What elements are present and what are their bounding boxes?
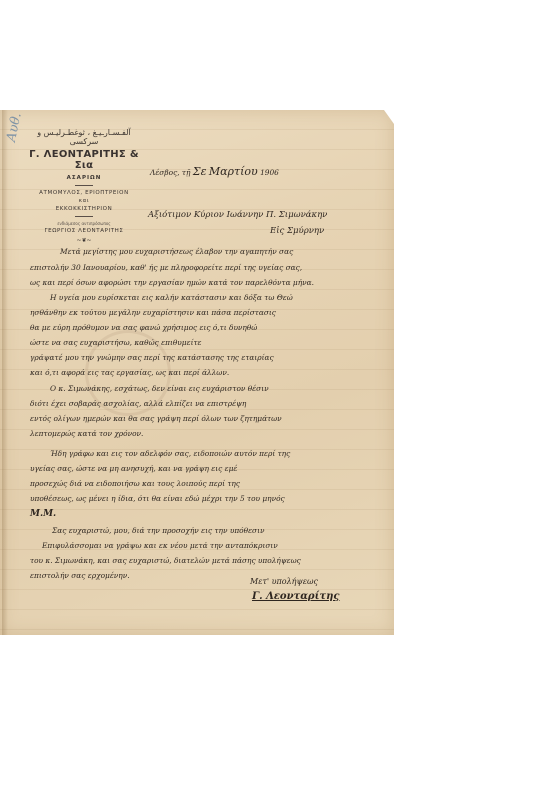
letter-body-line: Σας ευχαριστώ, μου, διά την προσοχήν εις…	[52, 526, 264, 535]
paper-edge-stain	[2, 110, 8, 635]
dateline-month: Μαρτίου	[209, 165, 258, 178]
letter-body-line: Επιφυλάσσομαι να γράψω και εκ νέου μετά …	[42, 541, 278, 550]
dateline-day: Σε	[193, 165, 207, 178]
letter-paper: Αυθ. 1 Αγ 1906 آلفـسـارـیـغ ، ثوغطـرلیـس…	[0, 110, 394, 635]
letter-body-line: ως και περί όσων αφορώσι την εργασίαν ημ…	[30, 278, 314, 287]
letter-body-line: Η υγεία μου ευρίσκεται εις καλήν κατάστα…	[50, 293, 293, 302]
letterhead: آلفـسـارـیـغ ، ثوغطـرلیـس و سرکسی Γ. ΛΕΟ…	[24, 128, 144, 244]
dateline-year: 1906	[260, 168, 279, 177]
letter-body-line: επιστολήν σας ερχομένην.	[30, 571, 130, 580]
letter-body-line: λεπτομερώς κατά τον χρόνον.	[30, 429, 143, 438]
letterhead-caption: ενδιάμεσος αντιπρόσωπος	[24, 221, 144, 226]
letter-body-line: επιστολήν 30 Ιανουαρίου, καθ' ής με πληρ…	[30, 263, 302, 272]
letter-body-line: διότι έχει σοβαράς ασχολίας, αλλά ελπίζε…	[30, 399, 246, 408]
letter-body-line: Ο κ. Σιμωνάκης, εσχάτως, δεν είναι εις ε…	[50, 384, 269, 393]
dateline: Λέσβος, τῇ Σε Μαρτίου 1906	[150, 165, 279, 178]
letterhead-line2: και	[24, 198, 144, 204]
salutation-recipient: Αξιότιμον Κύριον Ιωάννην Π. Σιμωνάκην	[148, 210, 327, 220]
letterhead-firm-name: Γ. ΛΕΟΝΤΑΡΙΤΗΣ & Σια	[24, 149, 144, 171]
letter-body-line: του κ. Σιμωνάκη, και σας ευχαριστώ, διατ…	[30, 556, 301, 565]
letterhead-owner: ΓΕΩΡΓΙΟΣ ΛΕΟΝΤΑΡΙΤΗΣ	[24, 228, 144, 234]
letterhead-divider	[75, 216, 93, 217]
letter-body-line: ησθάνθην εκ τούτου μεγάλην ευχαρίστησιν …	[30, 308, 276, 317]
folded-corner	[384, 110, 394, 124]
closing: Μετ' υπολήψεως	[250, 577, 318, 586]
letter-body-line: υποθέσεως, ως μένει η ίδια, ότι θα είναι…	[30, 494, 285, 503]
letter-body-line: θα με εύρη πρόθυμον να σας φανώ χρήσιμος…	[30, 323, 257, 332]
letterhead-divider	[75, 185, 93, 186]
letter-body-line: και ό,τι αφορά εις τας εργασίας, ως και …	[30, 368, 229, 377]
letter-body-line: γράψατέ μου την γνώμην σας περί της κατά…	[30, 353, 274, 362]
letter-body-line: Μ.Μ.	[30, 509, 56, 519]
letter-body-line: Μετά μεγίστης μου ευχαριστήσεως έλαβον τ…	[60, 247, 293, 256]
letterhead-line3: ΕΚΚΟΚΚΙΣΤΗΡΙΟΝ	[24, 206, 144, 212]
letterhead-ornament: ~❦~	[24, 237, 144, 244]
letter-body-line: Ήδη γράφω και εις τον αδελφόν σας, ειδοπ…	[50, 449, 290, 458]
letter-body-line: εντός ολίγων ημερών και θα σας γράψη περ…	[30, 414, 282, 423]
letterhead-subtitle: ΑΣΑΡΙΩΝ	[24, 175, 144, 181]
salutation-place: Εἰς Σμύρνην	[270, 226, 324, 236]
signature: Γ. Λεονταρίτης	[252, 591, 340, 602]
letter-body-line: ώστε να σας ευχαριστήσω, καθώς επιθυμείτ…	[30, 338, 202, 347]
letterhead-arabic-line: آلفـسـارـیـغ ، ثوغطـرلیـس و سرکسی	[24, 128, 144, 146]
letterhead-line1: ΑΤΜΟΜΥΛΟΣ, ΕΡΙΟΠΤΡΕΙΟΝ	[24, 190, 144, 196]
letter-body-line: προσεχώς διά να ειδοποιήσω και τους λοιπ…	[30, 479, 240, 488]
letter-body-line: υγείας σας, ώστε να μη ανησυχή, και να γ…	[30, 464, 237, 473]
dateline-place: Λέσβος, τῇ	[150, 168, 190, 177]
